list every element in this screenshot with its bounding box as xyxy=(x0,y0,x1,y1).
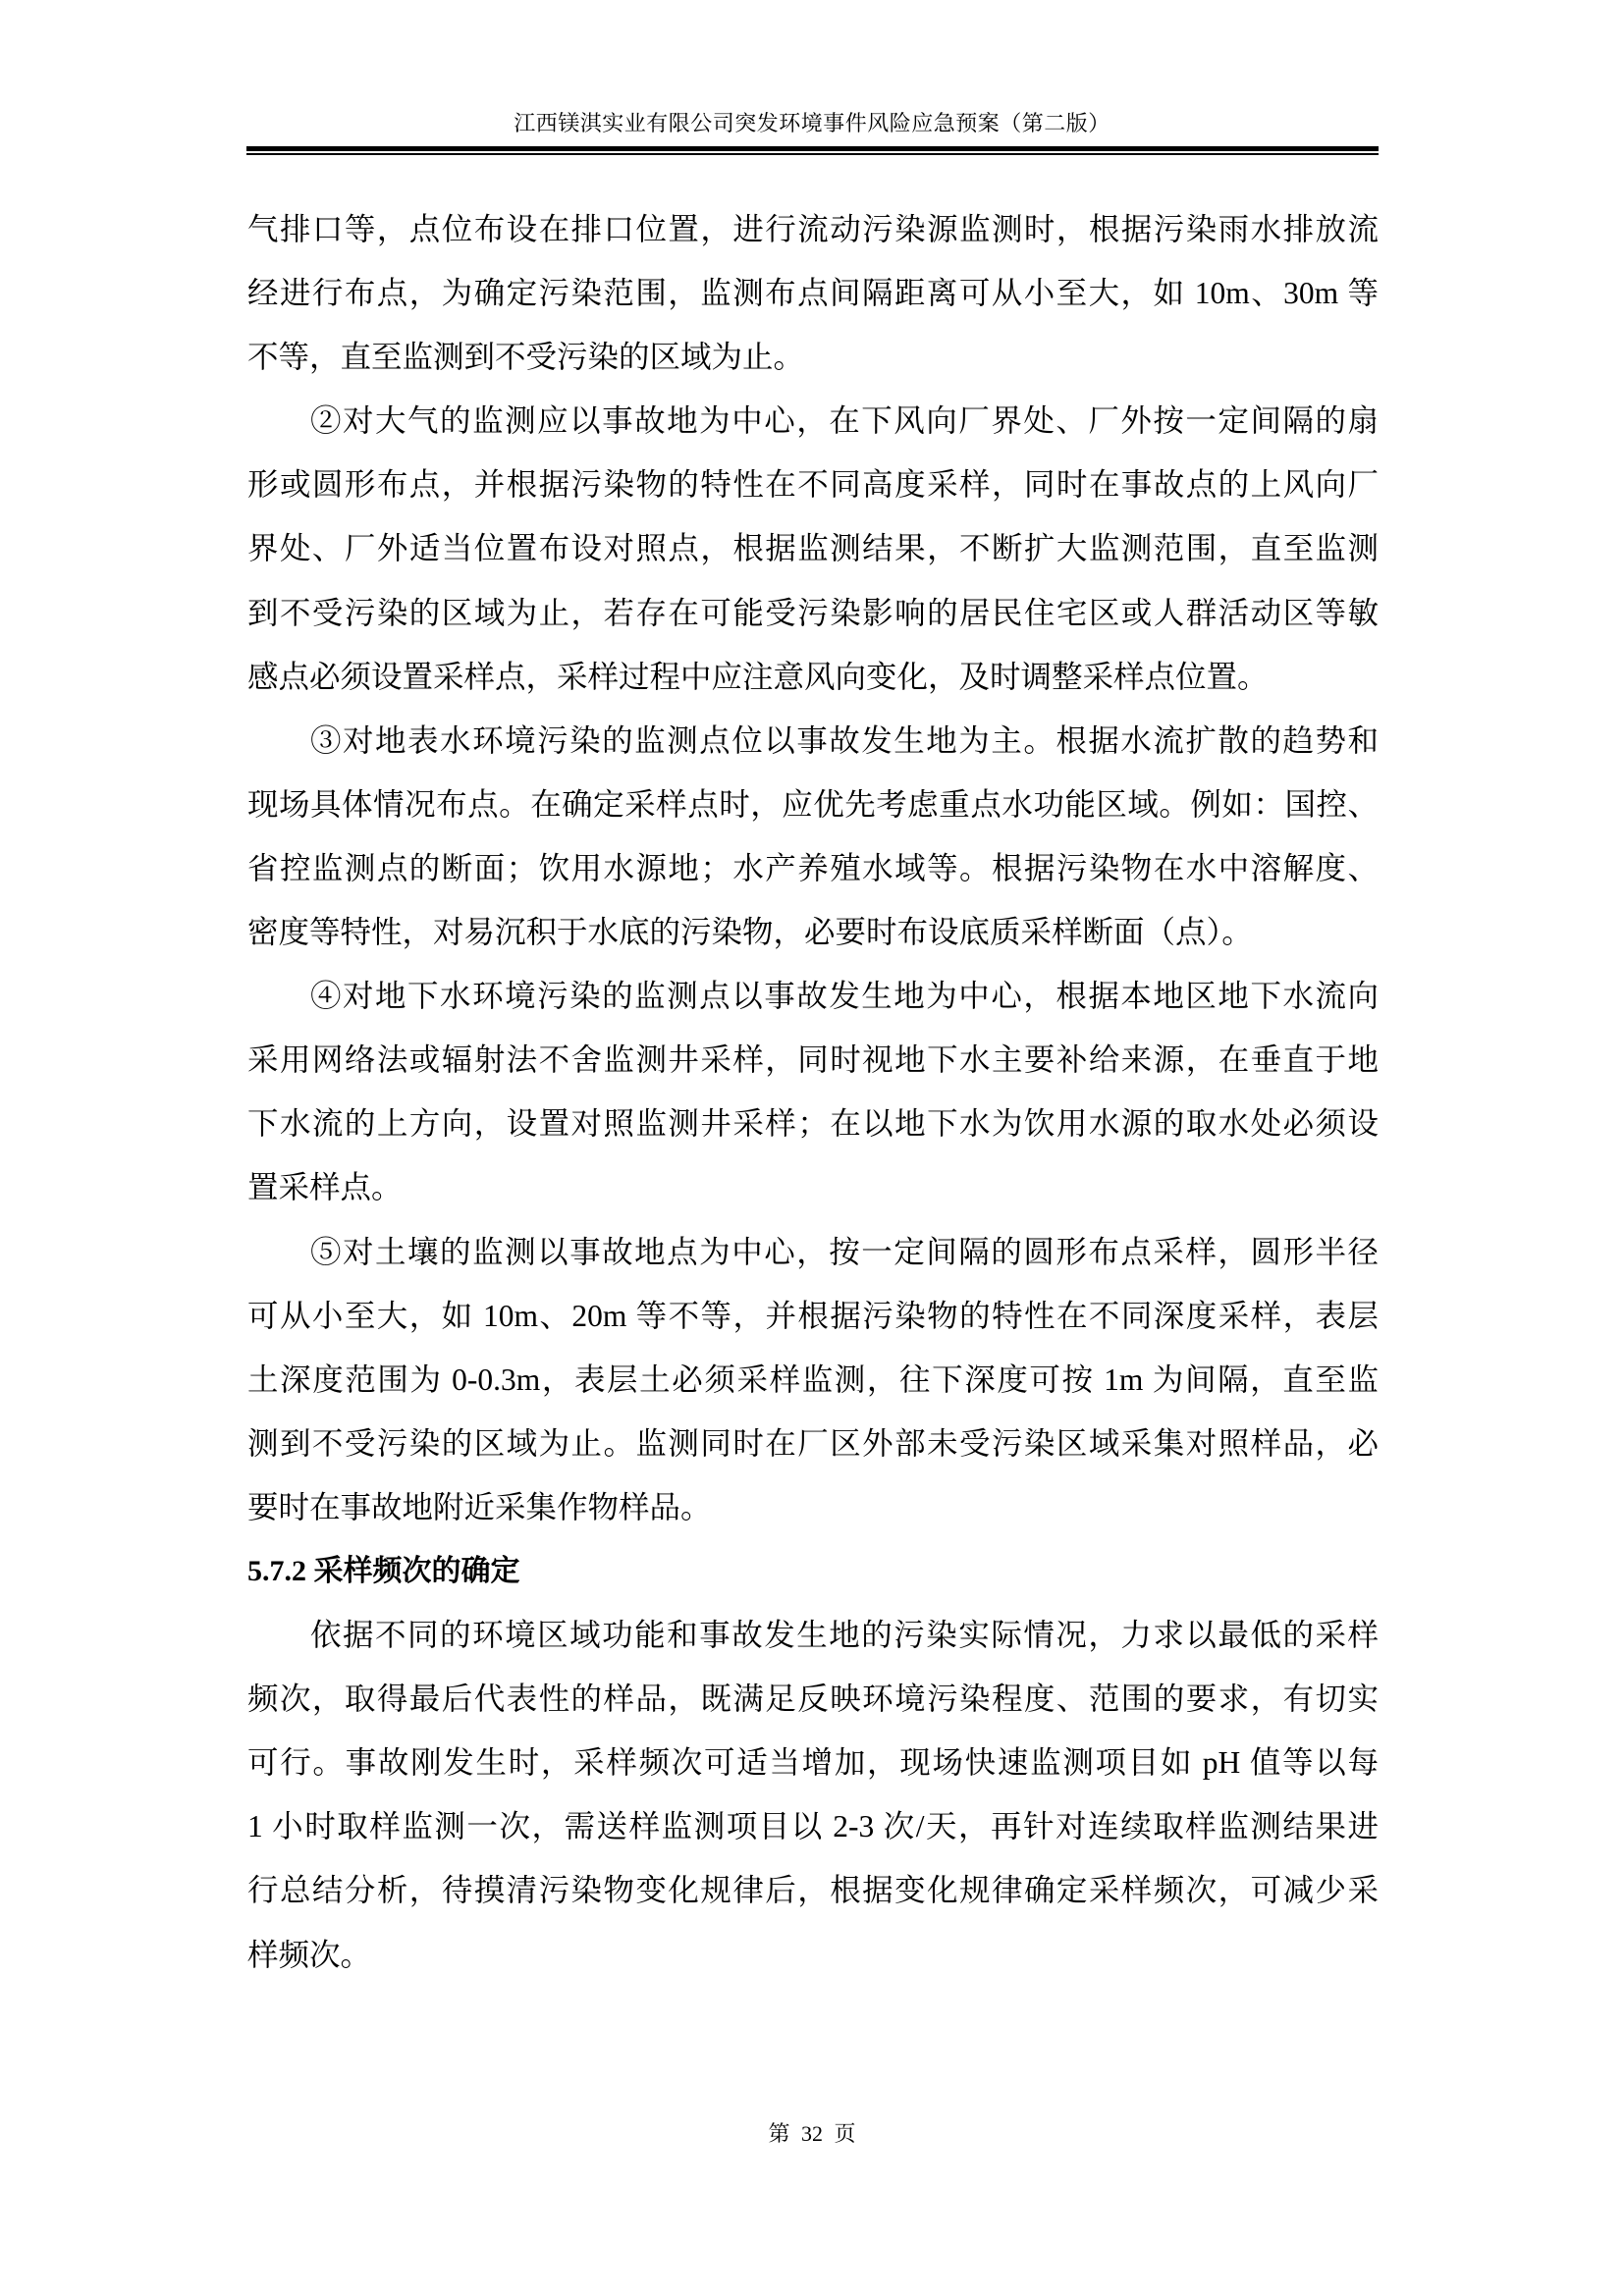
page-header-title: 江西镁淇实业有限公司突发环境事件风险应急预案（第二版） xyxy=(0,110,1624,137)
text-line: 密度等特性，对易沉积于水底的污染物，必要时布设底质采样断面（点）。 xyxy=(247,909,1379,973)
text-line: 界处、厂外适当位置布设对照点，根据监测结果，不断扩大监测范围，直至监测 xyxy=(247,525,1379,589)
text-line: 现场具体情况布点。在确定采样点时，应优先考虑重点水功能区域。例如：国控、 xyxy=(247,781,1379,845)
document-body: 气排口等，点位布设在排口位置，进行流动污染源监测时，根据污染雨水排放流 经进行布… xyxy=(247,206,1379,1996)
text-line: 土深度范围为 0-0.3m，表层土必须采样监测，往下深度可按 1m 为间隔，直至… xyxy=(247,1357,1379,1420)
text-line: 可行。事故刚发生时，采样频次可适当增加，现场快速监测项目如 pH 值等以每 xyxy=(247,1739,1379,1803)
paragraph-air-monitoring: ②对大气的监测应以事故地为中心，在下风向厂界处、厂外按一定间隔的扇 形或圆形布点… xyxy=(247,398,1379,717)
paragraph-sampling-frequency: 依据不同的环境区域功能和事故发生地的污染实际情况，力求以最低的采样 频次，取得最… xyxy=(247,1612,1379,1996)
text-line: 行总结分析，待摸清污染物变化规律后，根据变化规律确定采样频次，可减少采 xyxy=(247,1867,1379,1931)
paragraph-groundwater: ④对地下水环境污染的监测点以事故发生地为中心，根据本地区地下水流向 采用网络法或… xyxy=(247,973,1379,1228)
text-line: 可从小至大，如 10m、20m 等不等，并根据污染物的特性在不同深度采样，表层 xyxy=(247,1293,1379,1357)
text-line: 置采样点。 xyxy=(247,1164,1379,1228)
text-line: 经进行布点，为确定污染范围，监测布点间隔距离可从小至大，如 10m、30m 等 xyxy=(247,270,1379,334)
text-line: ⑤对土壤的监测以事故地点为中心，按一定间隔的圆形布点采样，圆形半径 xyxy=(247,1229,1379,1293)
text-line: 省控监测点的断面；饮用水源地；水产养殖水域等。根据污染物在水中溶解度、 xyxy=(247,845,1379,909)
text-line: 采用网络法或辐射法不舍监测井采样，同时视地下水主要补给来源，在垂直于地 xyxy=(247,1037,1379,1100)
text-line: 到不受污染的区域为止，若存在可能受污染影响的居民住宅区或人群活动区等敏 xyxy=(247,590,1379,654)
text-line: 频次，取得最后代表性的样品，既满足反映环境污染程度、范围的要求，有切实 xyxy=(247,1676,1379,1739)
text-line: 气排口等，点位布设在排口位置，进行流动污染源监测时，根据污染雨水排放流 xyxy=(247,206,1379,270)
paragraph-soil: ⑤对土壤的监测以事故地点为中心，按一定间隔的圆形布点采样，圆形半径 可从小至大，… xyxy=(247,1229,1379,1548)
text-line: 形或圆形布点，并根据污染物的特性在不同高度采样，同时在事故点的上风向厂 xyxy=(247,461,1379,525)
text-line: 下水流的上方向，设置对照监测井采样；在以地下水为饮用水源的取水处必须设 xyxy=(247,1100,1379,1164)
page-number: 第 32 页 xyxy=(0,2120,1624,2148)
text-line: 感点必须设置采样点，采样过程中应注意风向变化，及时调整采样点位置。 xyxy=(247,654,1379,718)
text-line: 测到不受污染的区域为止。监测同时在厂区外部未受污染区域采集对照样品，必 xyxy=(247,1420,1379,1484)
header-rule-thick xyxy=(246,146,1379,151)
text-line: 依据不同的环境区域功能和事故发生地的污染实际情况，力求以最低的采样 xyxy=(247,1612,1379,1676)
header-rule-thin xyxy=(246,153,1379,155)
text-line: 不等，直至监测到不受污染的区域为止。 xyxy=(247,334,1379,398)
section-heading: 5.7.2 采样频次的确定 xyxy=(247,1548,1379,1612)
text-line: 样频次。 xyxy=(247,1932,1379,1996)
text-line: 1 小时取样监测一次，需送样监测项目以 2-3 次/天，再针对连续取样监测结果进 xyxy=(247,1803,1379,1867)
text-line: ③对地表水环境污染的监测点位以事故发生地为主。根据水流扩散的趋势和 xyxy=(247,718,1379,781)
paragraph-surface-water: ③对地表水环境污染的监测点位以事故发生地为主。根据水流扩散的趋势和 现场具体情况… xyxy=(247,718,1379,973)
text-line: ②对大气的监测应以事故地为中心，在下风向厂界处、厂外按一定间隔的扇 xyxy=(247,398,1379,461)
text-line: 要时在事故地附近采集作物样品。 xyxy=(247,1484,1379,1548)
text-line: ④对地下水环境污染的监测点以事故发生地为中心，根据本地区地下水流向 xyxy=(247,973,1379,1037)
paragraph-continued: 气排口等，点位布设在排口位置，进行流动污染源监测时，根据污染雨水排放流 经进行布… xyxy=(247,206,1379,398)
